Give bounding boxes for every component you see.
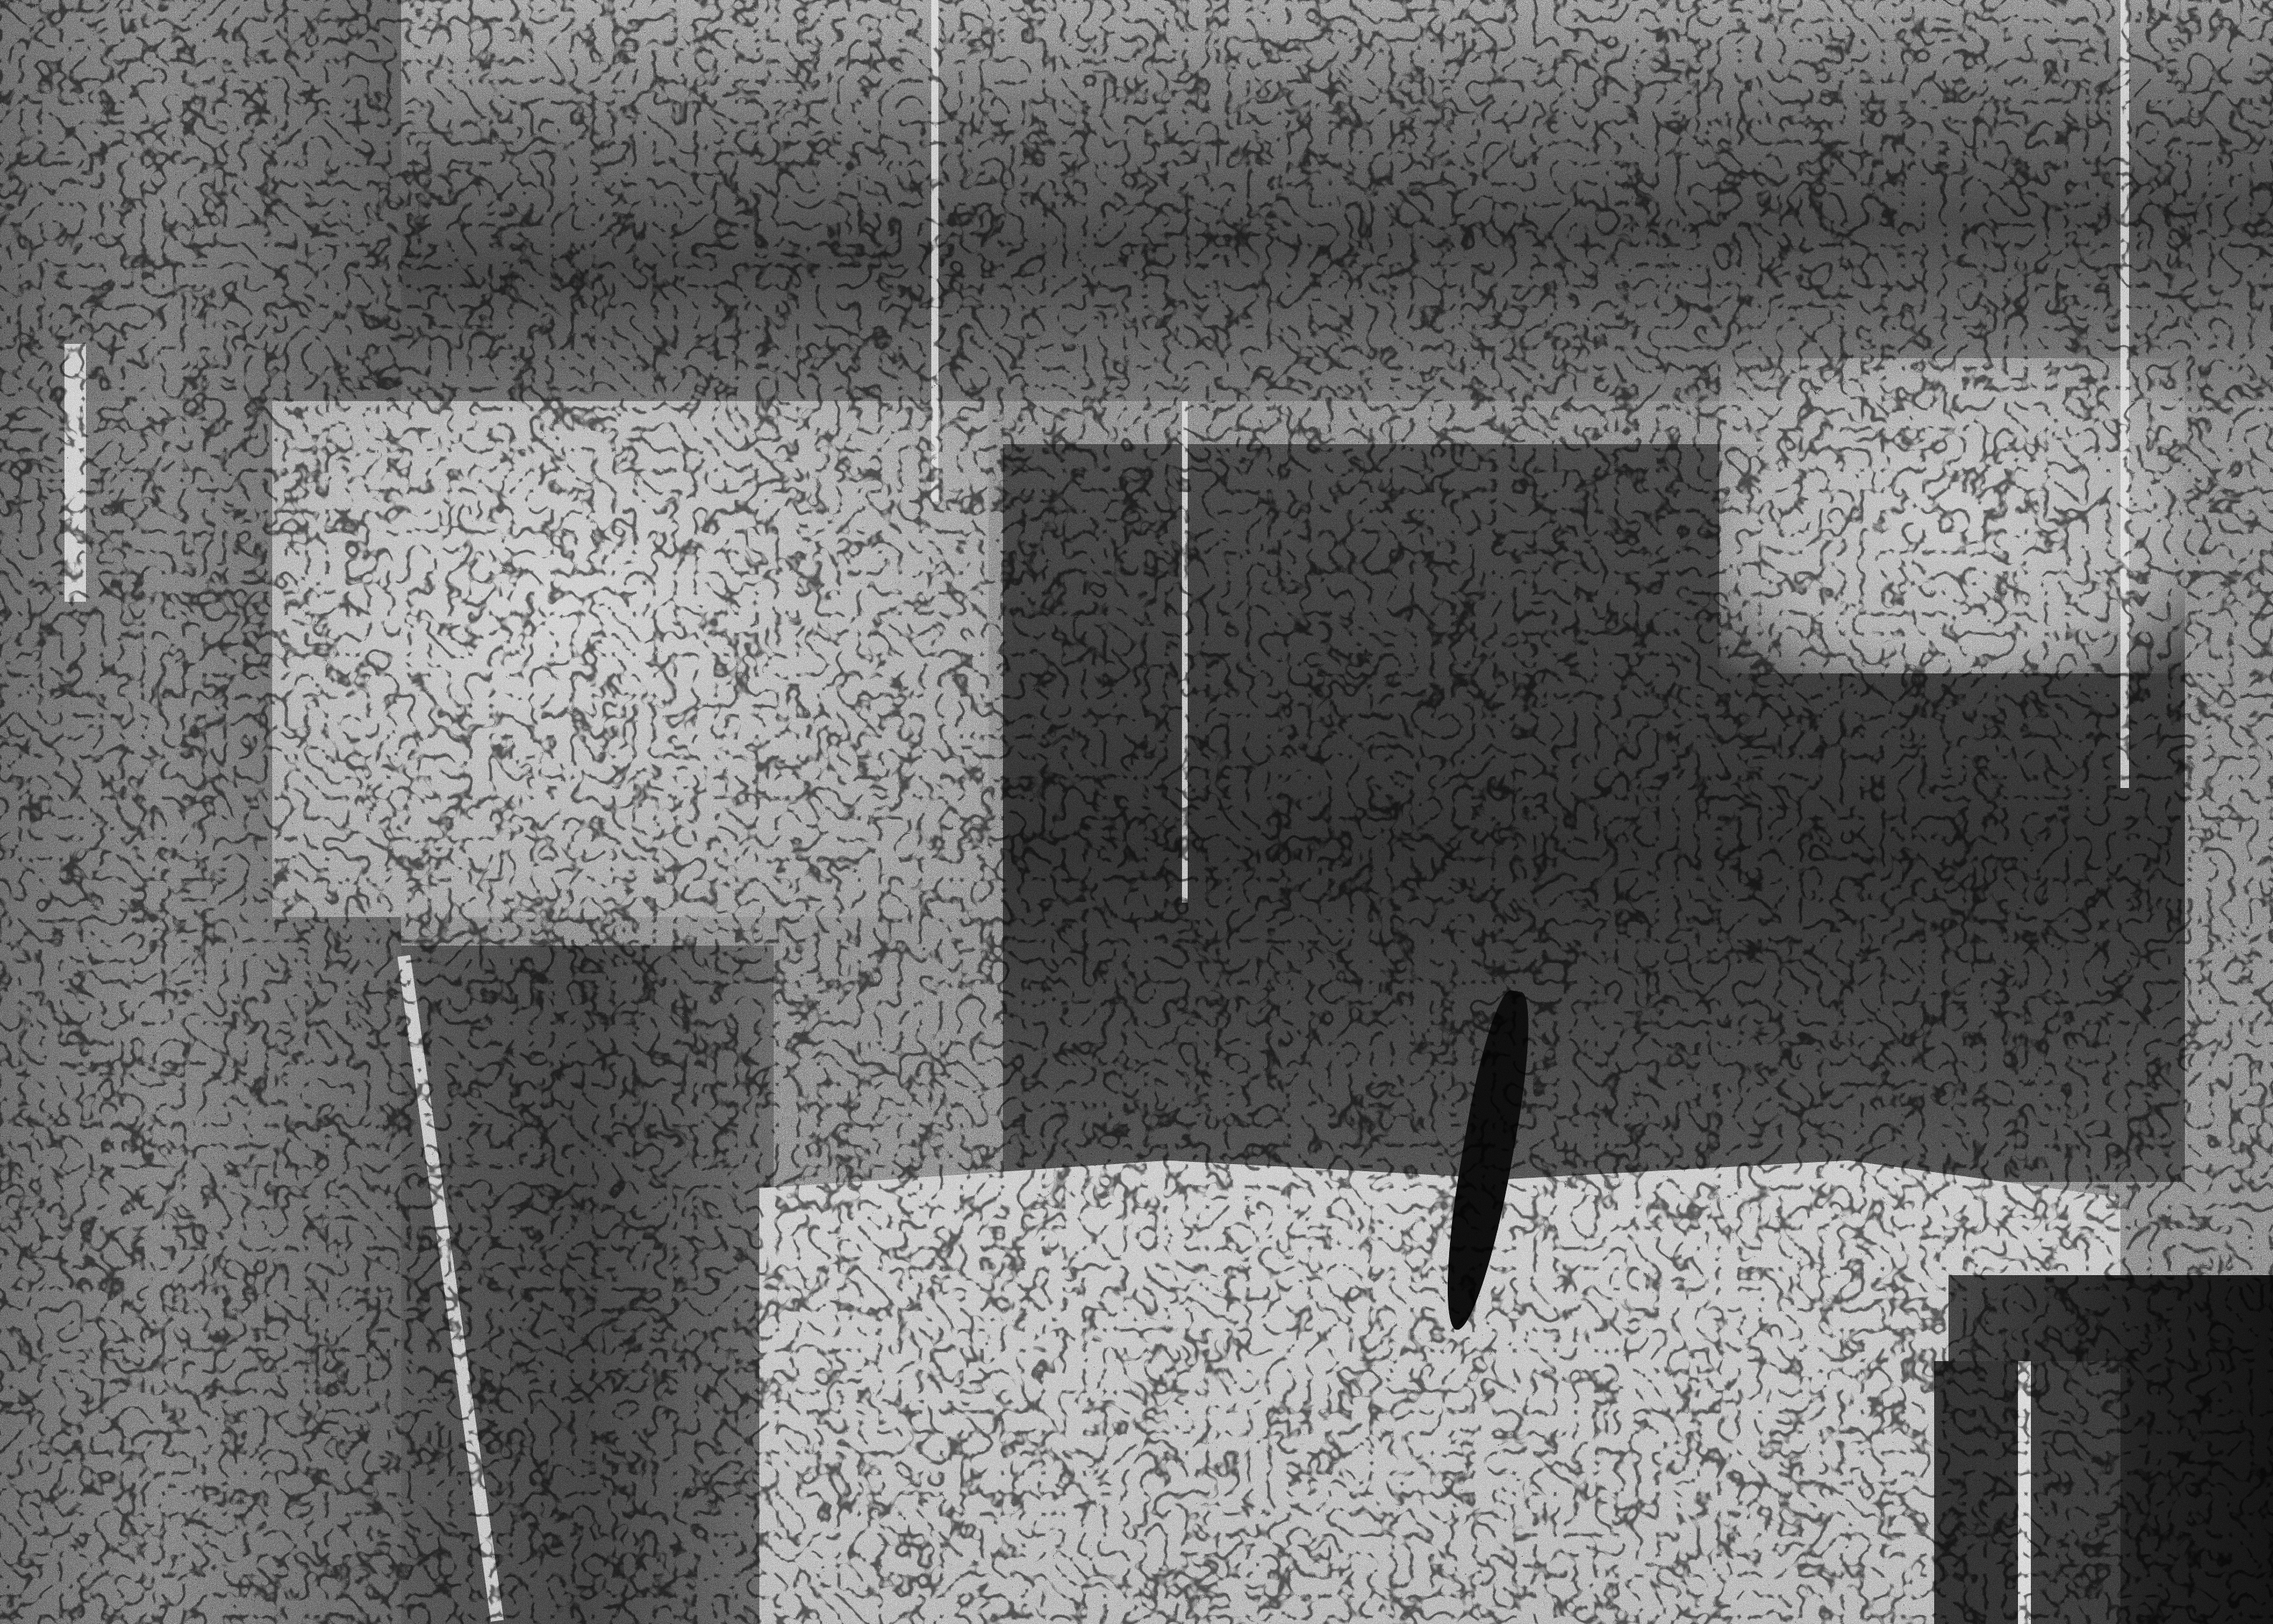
crack-pattern [0,0,2273,1624]
wall-texture-photo [0,0,2273,1624]
